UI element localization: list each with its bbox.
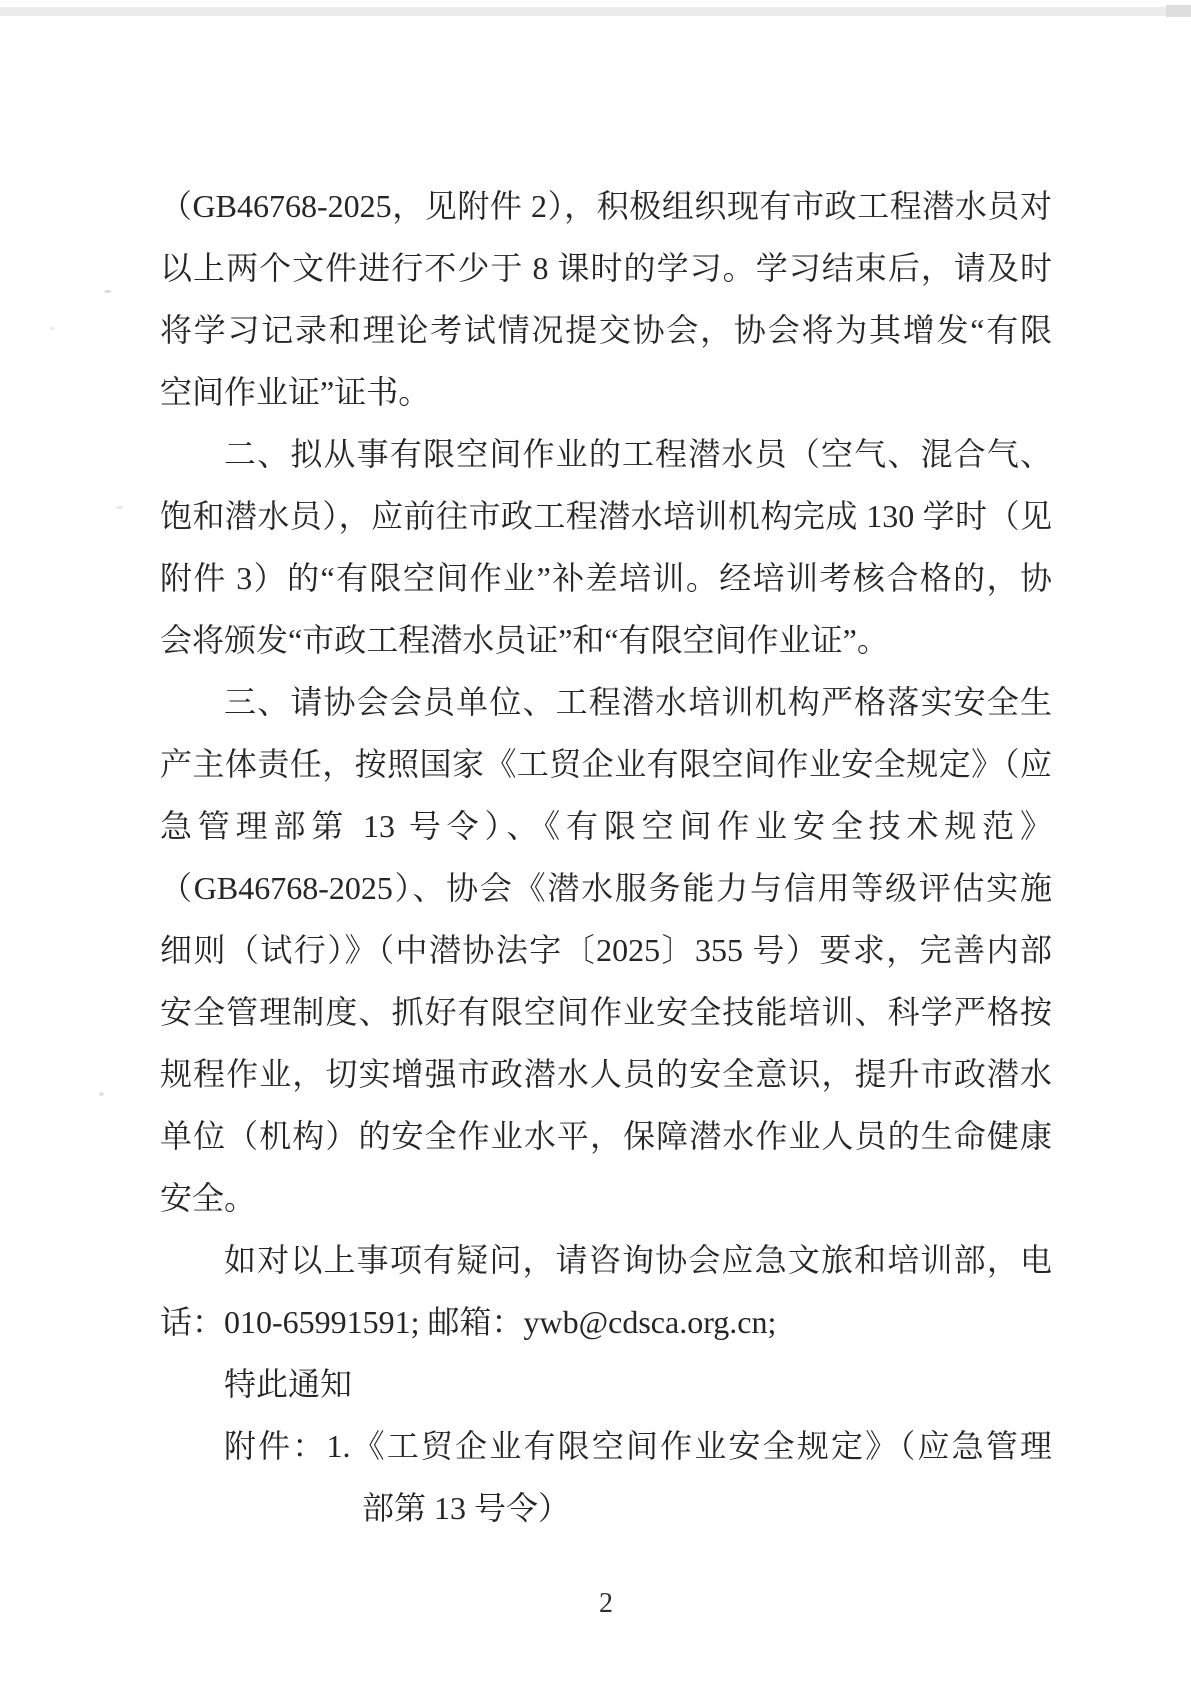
text-line: 产主体责任，按照国家《工贸企业有限空间作业安全规定》（应	[160, 733, 1052, 795]
text-line: （GB46768-2025，见附件 2），积极组织现有市政工程潜水员对	[160, 175, 1052, 237]
text-line: 急管理部第 13 号令）、《有限空间作业安全技术规范》	[160, 795, 1052, 857]
scan-edge-artifact-tip	[1166, 5, 1191, 17]
text-line: 安全。	[160, 1167, 1052, 1229]
scan-speck-artifact	[50, 327, 55, 330]
text-line: 二、拟从事有限空间作业的工程潜水员（空气、混合气、	[160, 423, 1052, 485]
page-number: 2	[160, 1586, 1052, 1622]
text-line: （GB46768-2025）、协会《潜水服务能力与信用等级评估实施	[160, 857, 1052, 919]
text-line: 细则（试行）》（中潜协法字〔2025〕355 号）要求，完善内部	[160, 919, 1052, 981]
text-line: 附件 3）的“有限空间作业”补差培训。经培训考核合格的，协	[160, 547, 1052, 609]
text-line: 空间作业证”证书。	[160, 361, 1052, 423]
text-line: 以上两个文件进行不少于 8 课时的学习。学习结束后，请及时	[160, 237, 1052, 299]
text-line: 单位（机构）的安全作业水平，保障潜水作业人员的生命健康	[160, 1105, 1052, 1167]
text-line: 话：010-65991591; 邮箱：ywb@cdsca.org.cn;	[160, 1291, 1052, 1353]
scan-speck-artifact	[116, 506, 123, 509]
scan-edge-artifact	[0, 7, 1191, 16]
text-line: 规程作业，切实增强市政潜水人员的安全意识，提升市政潜水	[160, 1043, 1052, 1105]
text-line: 安全管理制度、抓好有限空间作业安全技能培训、科学严格按	[160, 981, 1052, 1043]
text-line: 附件：1.《工贸企业有限空间作业安全规定》（应急管理	[160, 1415, 1052, 1477]
text-line: 会将颁发“市政工程潜水员证”和“有限空间作业证”。	[160, 609, 1052, 671]
scan-speck-artifact	[104, 290, 111, 293]
document-body: （GB46768-2025，见附件 2），积极组织现有市政工程潜水员对以上两个文…	[160, 175, 1052, 1539]
text-line: 将学习记录和理论考试情况提交协会，协会将为其增发“有限	[160, 299, 1052, 361]
text-line: 饱和潜水员），应前往市政工程潜水培训机构完成 130 学时（见	[160, 485, 1052, 547]
text-line: 如对以上事项有疑问，请咨询协会应急文旅和培训部，电	[160, 1229, 1052, 1291]
scan-speck-artifact	[99, 1092, 104, 1096]
text-line: 特此通知	[160, 1353, 1052, 1415]
text-line: 三、请协会会员单位、工程潜水培训机构严格落实安全生	[160, 671, 1052, 733]
text-line: 部第 13 号令）	[362, 1477, 1052, 1539]
